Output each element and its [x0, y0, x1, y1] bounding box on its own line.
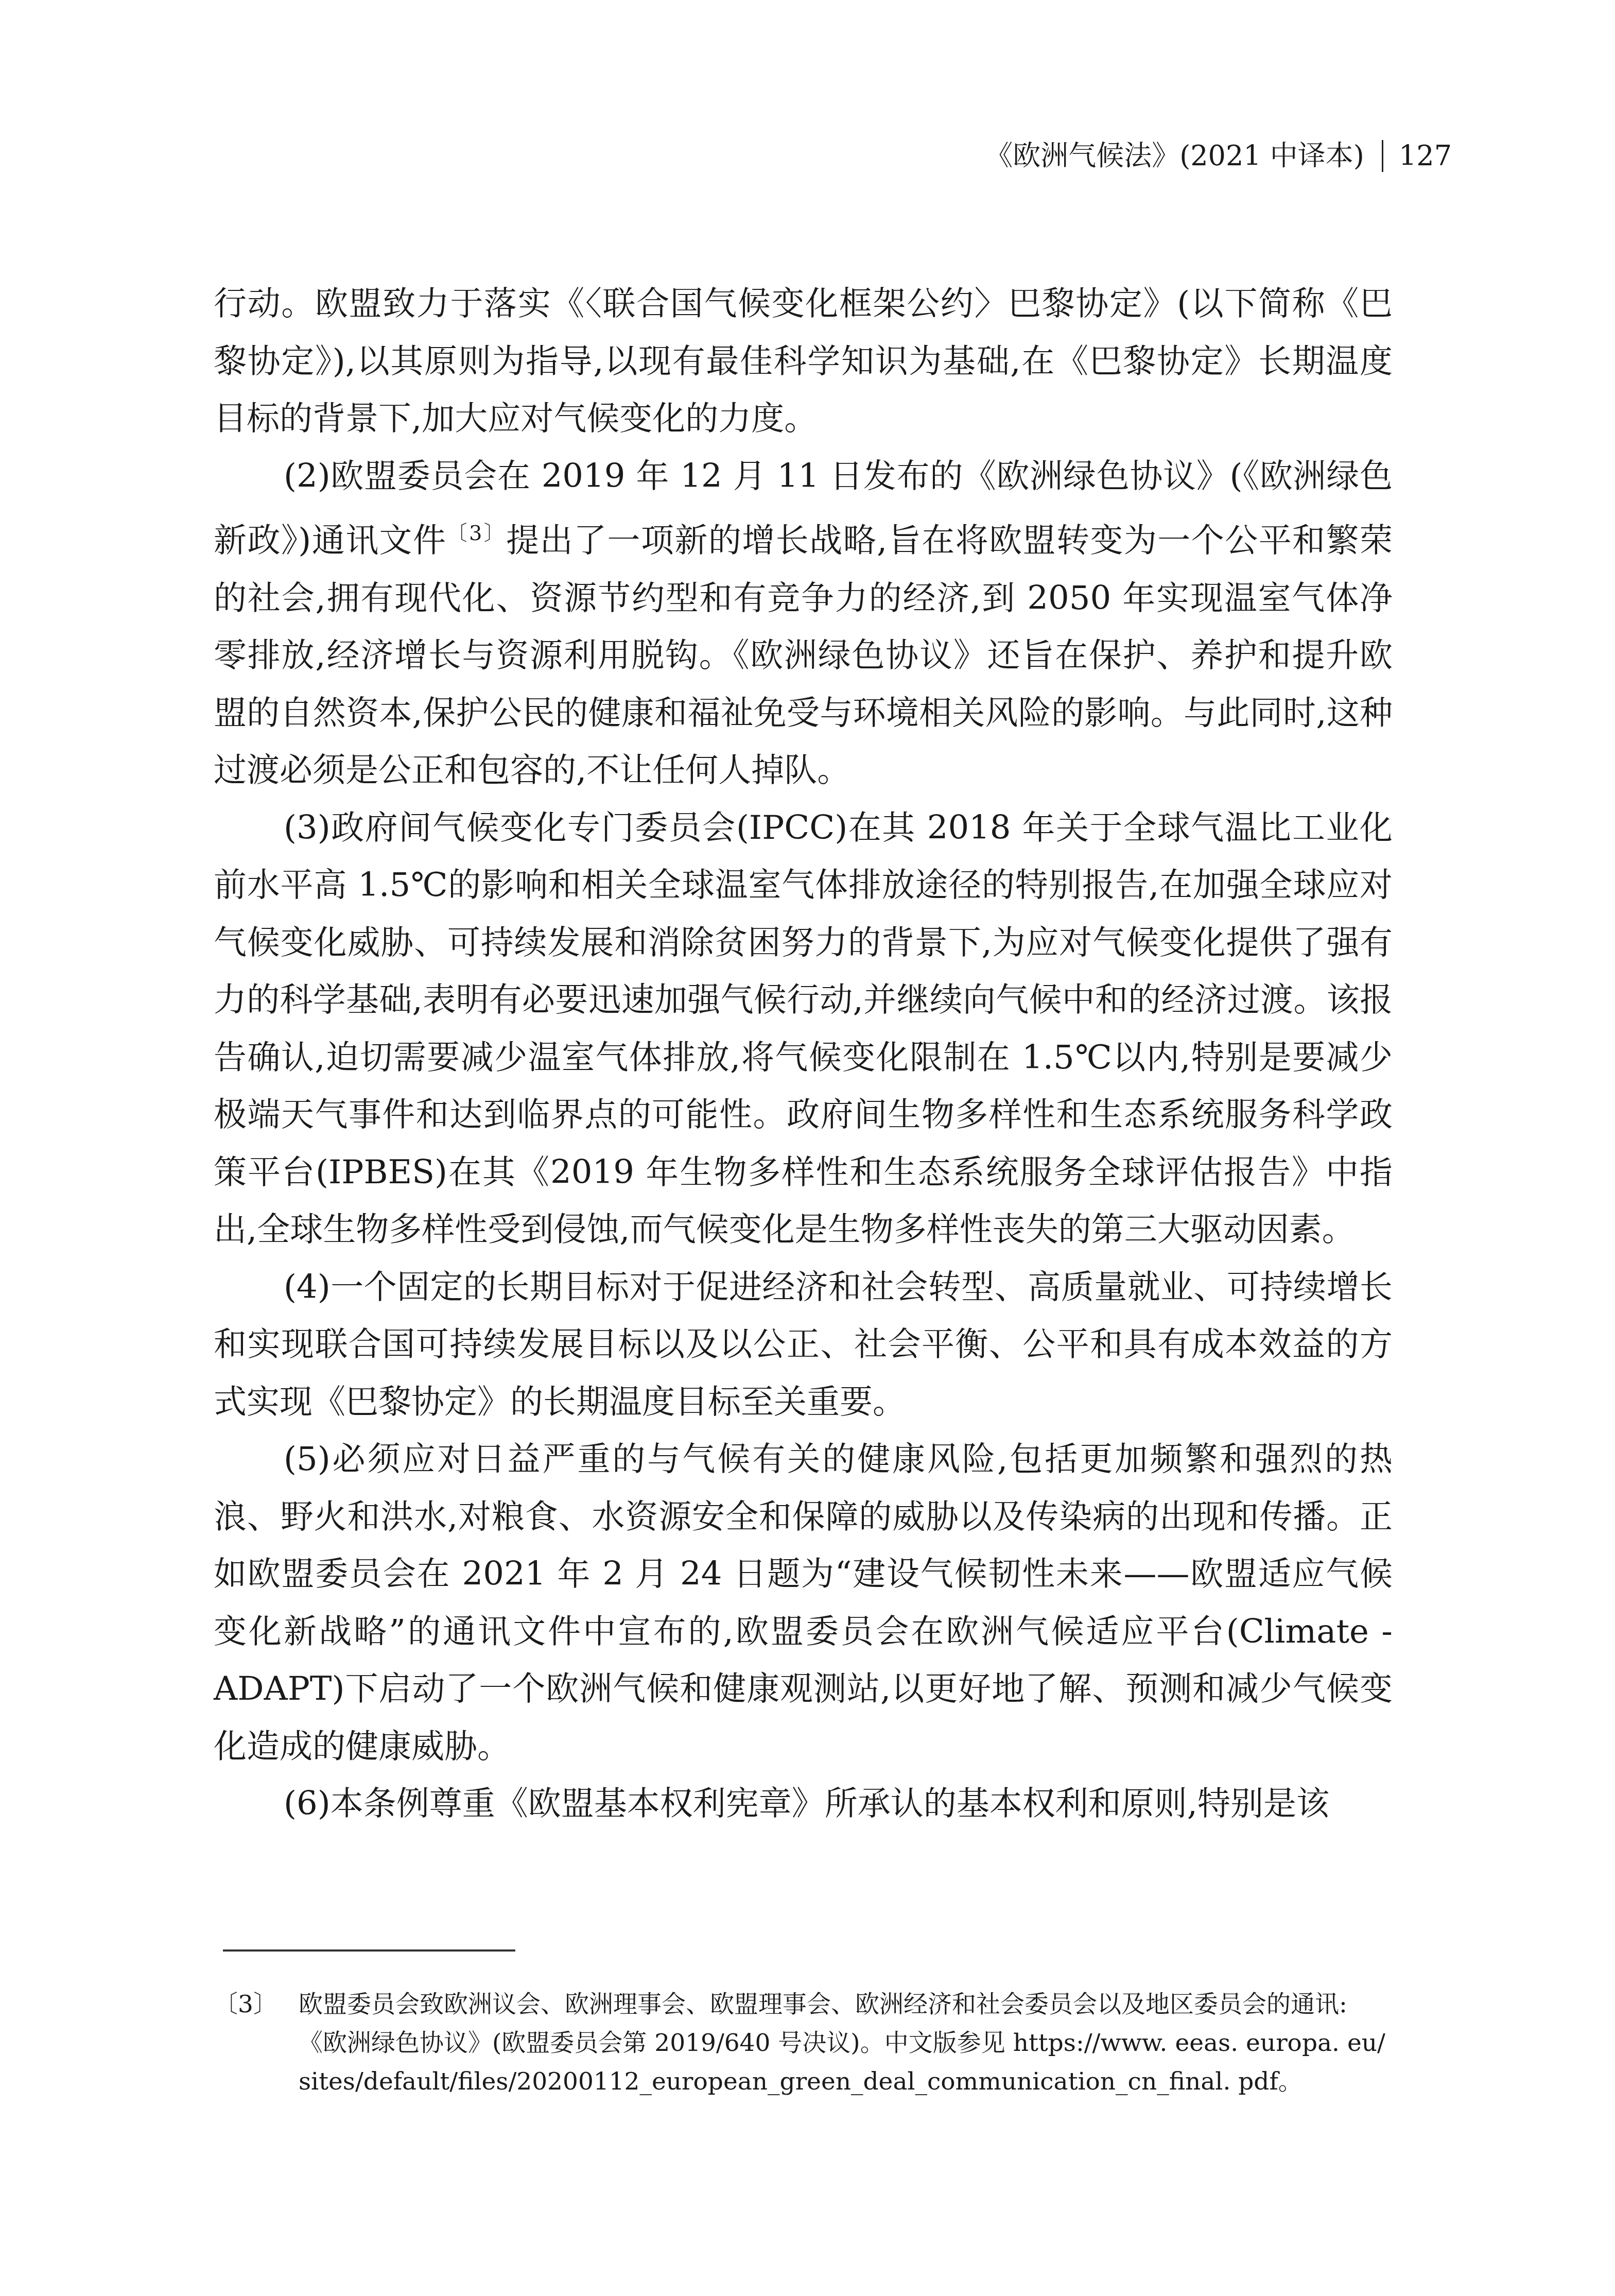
footnote-ref-3[interactable]: 〔3〕: [446, 522, 506, 545]
footnote-line-url[interactable]: 《欧洲绿色协议》(欧盟委员会第 2019/640 号决议)。中文版参见 http…: [299, 2024, 1393, 2062]
paragraph-continued: 行动。欧盟致力于落实《〈联合国气候变化框架公约〉巴黎协定》(以下简称《巴黎协定》…: [214, 275, 1393, 448]
header-separator: [1382, 140, 1383, 172]
footnote-line: 欧盟委员会致欧洲议会、欧洲理事会、欧盟理事会、欧洲经济和社会委员会以及地区委员会…: [299, 1985, 1393, 2024]
page-number: 127: [1399, 138, 1452, 174]
footnote-line-url[interactable]: sites/default/files/20200112_european_gr…: [299, 2062, 1393, 2101]
footnote-3: 〔3〕 欧盟委员会致欧洲议会、欧洲理事会、欧盟理事会、欧洲经济和社会委员会以及地…: [214, 1985, 1393, 2101]
running-header: 《欧洲气候法》(2021 中译本) 127: [985, 138, 1452, 174]
footnote-mark: 〔3〕: [214, 1985, 299, 2101]
paragraph-3: (3)政府间气候变化专门委员会(IPCC)在其 2018 年关于全球气温比工业化…: [214, 800, 1393, 1259]
footnote-divider: [223, 1949, 515, 1952]
paragraph-2-text-b: 提出了一项新的增长战略,旨在将欧盟转变为一个公平和繁荣的社会,拥有现代化、资源节…: [214, 522, 1393, 789]
footnote-body: 欧盟委员会致欧洲议会、欧洲理事会、欧盟理事会、欧洲经济和社会委员会以及地区委员会…: [299, 1985, 1393, 2101]
paragraph-2: (2)欧盟委员会在 2019 年 12 月 11 日发布的《欧洲绿色协议》(《欧…: [214, 448, 1393, 800]
paragraph-4: (4)一个固定的长期目标对于促进经济和社会转型、高质量就业、可持续增长和实现联合…: [214, 1259, 1393, 1431]
paragraph-5: (5)必须应对日益严重的与气候有关的健康风险,包括更加频繁和强烈的热浪、野火和洪…: [214, 1431, 1393, 1775]
main-text: 行动。欧盟致力于落实《〈联合国气候变化框架公约〉巴黎协定》(以下简称《巴黎协定》…: [214, 275, 1393, 1833]
running-title: 《欧洲气候法》(2021 中译本): [985, 138, 1364, 174]
paragraph-6: (6)本条例尊重《欧盟基本权利宪章》所承认的基本权利和原则,特别是该: [214, 1775, 1393, 1833]
